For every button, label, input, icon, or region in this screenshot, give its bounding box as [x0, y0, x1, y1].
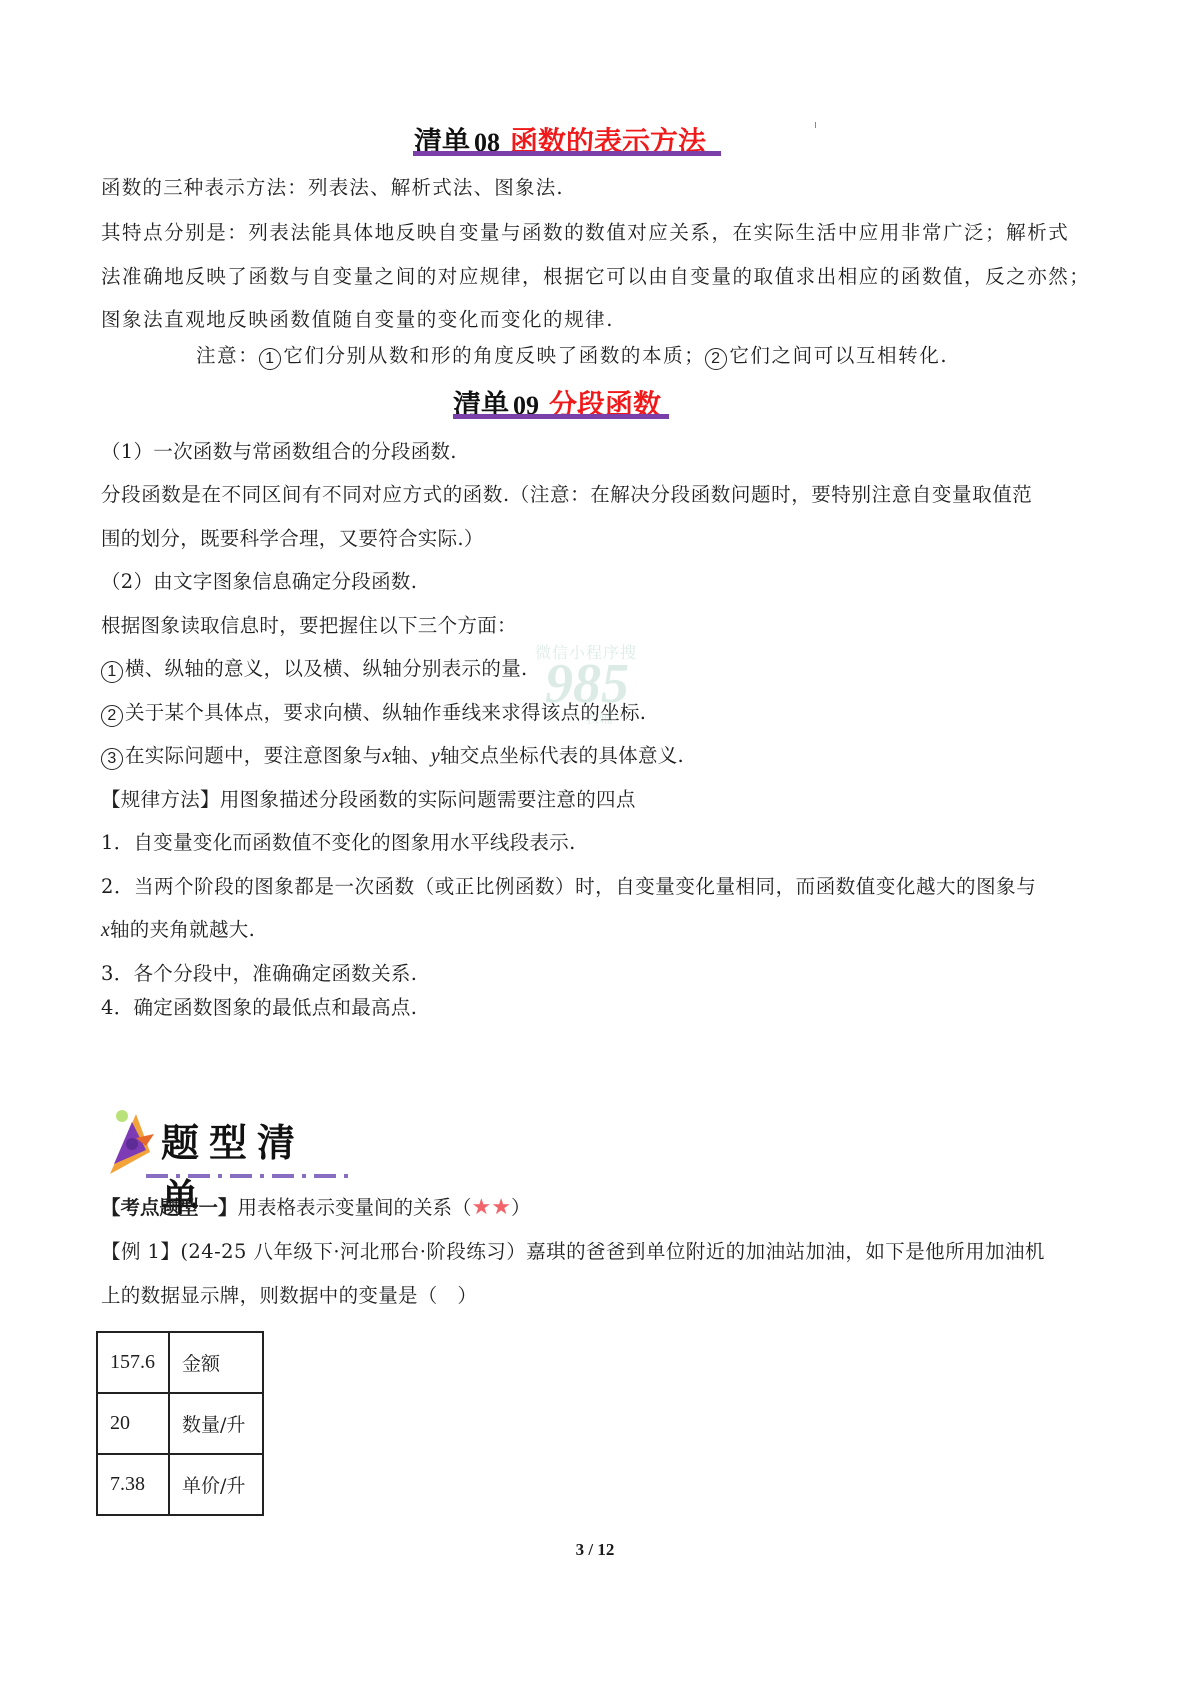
point-1-text: 横、纵轴的意义，以及横、纵轴分别表示的量. [125, 657, 528, 680]
methods-sentence: 函数的三种表示方法：列表法、解析式法、图象法. [101, 176, 564, 200]
piecewise-definition-line-2: 围的划分，既要科学合理，又要符合实际.） [101, 527, 484, 551]
quantity-value: 20 [97, 1393, 169, 1454]
rule-2: 2．当两个阶段的图象都是一次函数（或正比例函数）时，自变量变化量相同，而函数值变… [101, 875, 1036, 899]
section-09-underline [453, 414, 669, 419]
point-3-text-b: 轴、 [391, 744, 431, 767]
question-type-label: 【考点题型一】 [101, 1196, 238, 1219]
question-type-close: ） [511, 1196, 531, 1219]
subsection-2-heading: （2）由文字图象信息确定分段函数. [101, 570, 417, 594]
page-number: 3 / 12 [0, 1540, 1190, 1560]
y-variable: y [431, 746, 440, 767]
method-heading: 【规律方法】用图象描述分段函数的实际问题需要注意的四点 [101, 788, 636, 812]
note-part-1: 它们分别从数和形的角度反映了函数的本质； [283, 344, 705, 367]
question-type-heading: 【考点题型一】用表格表示变量间的关系（★★） [101, 1196, 531, 1220]
example-1-line-2: 上的数据显示牌，则数据中的变量是（ ） [101, 1284, 477, 1308]
x-variable: x [101, 920, 110, 941]
point-1: 1横、纵轴的意义，以及横、纵轴分别表示的量. [101, 657, 528, 683]
reading-intro: 根据图象读取信息时，要把握住以下三个方面： [101, 614, 517, 638]
method-label: 【规律方法】 [101, 788, 220, 811]
features-line-1: 其特点分别是：列表法能具体地反映自变量与函数的数值对应关系，在实际生活中应用非常… [101, 221, 1069, 245]
table-row: 20 数量/升 [97, 1393, 263, 1454]
point-3-text-c: 轴交点坐标代表的具体意义. [440, 744, 684, 767]
circled-number-2: 2 [101, 705, 123, 727]
wizard-mascot-icon [106, 1104, 166, 1184]
margin-mark [815, 122, 816, 128]
amount-value: 157.6 [97, 1332, 169, 1393]
point-3-text-a: 在实际问题中，要注意图象与 [125, 744, 382, 767]
circled-number-1: 1 [101, 661, 123, 683]
fuel-pump-display-table: 157.6 金额 20 数量/升 7.38 单价/升 [96, 1331, 264, 1516]
piecewise-definition-line-1: 分段函数是在不同区间有不同对应方式的函数.（注意：在解决分段函数问题时，要特别注… [101, 483, 1032, 507]
table-row: 157.6 金额 [97, 1332, 263, 1393]
features-line-3: 图象法直观地反映函数值随自变量的变化而变化的规律. [101, 308, 614, 332]
rule-2-continued: x轴的夹角就越大. [101, 918, 255, 943]
note-part-2: 它们之间可以互相转化. [729, 344, 948, 367]
note-line: 注意：1它们分别从数和形的角度反映了函数的本质；2它们之间可以互相转化. [196, 344, 948, 370]
circled-number-3: 3 [101, 748, 123, 770]
document-page: 清单08函数的表示方法 函数的三种表示方法：列表法、解析式法、图象法. 其特点分… [0, 0, 1190, 1683]
question-types-banner: 题型清单 [106, 1104, 351, 1184]
rule-2-continued-text: 轴的夹角就越大. [110, 918, 255, 941]
table-row: 7.38 单价/升 [97, 1454, 263, 1515]
features-line-2: 法准确地反映了函数与自变量之间的对应规律，根据它可以由自变量的取值求出相应的函数… [101, 265, 1090, 289]
rule-1: 1．自变量变化而函数值不变化的图象用水平线段表示. [101, 831, 576, 855]
example-label: 【例 1】 [101, 1240, 180, 1263]
subsection-1-heading: （1）一次函数与常函数组合的分段函数. [101, 440, 457, 464]
unit-price-label: 单价/升 [169, 1454, 263, 1515]
section-08-underline [413, 151, 721, 156]
rule-4: 4．确定函数图象的最低点和最高点. [101, 996, 417, 1020]
quantity-label: 数量/升 [169, 1393, 263, 1454]
banner-dashes [146, 1174, 351, 1178]
rule-3: 3．各个分段中，准确确定函数关系. [101, 962, 417, 986]
point-2-text: 关于某个具体点，要求向横、纵轴作垂线来求得该点的坐标. [125, 701, 646, 724]
circled-number-2: 2 [705, 348, 727, 370]
watermark-text: 微信小程序搜 [535, 640, 637, 663]
amount-label: 金额 [169, 1332, 263, 1393]
note-label: 注意： [196, 344, 259, 367]
unit-price-value: 7.38 [97, 1454, 169, 1515]
circled-number-1: 1 [259, 348, 281, 370]
method-text: 用图象描述分段函数的实际问题需要注意的四点 [220, 788, 636, 811]
question-type-text: 用表格表示变量间的关系（ [238, 1196, 472, 1219]
example-1-line-1: 【例 1】(24-25 八年级下·河北邢台·阶段练习）嘉琪的爸爸到单位附近的加油… [101, 1240, 1045, 1264]
example-text-1: (24-25 八年级下·河北邢台·阶段练习）嘉琪的爸爸到单位附近的加油站加油，如… [180, 1240, 1045, 1263]
point-2: 2关于某个具体点，要求向横、纵轴作垂线来求得该点的坐标. [101, 701, 646, 727]
point-3: 3在实际问题中，要注意图象与x轴、y轴交点坐标代表的具体意义. [101, 744, 684, 770]
difficulty-stars-icon: ★★ [472, 1195, 511, 1220]
